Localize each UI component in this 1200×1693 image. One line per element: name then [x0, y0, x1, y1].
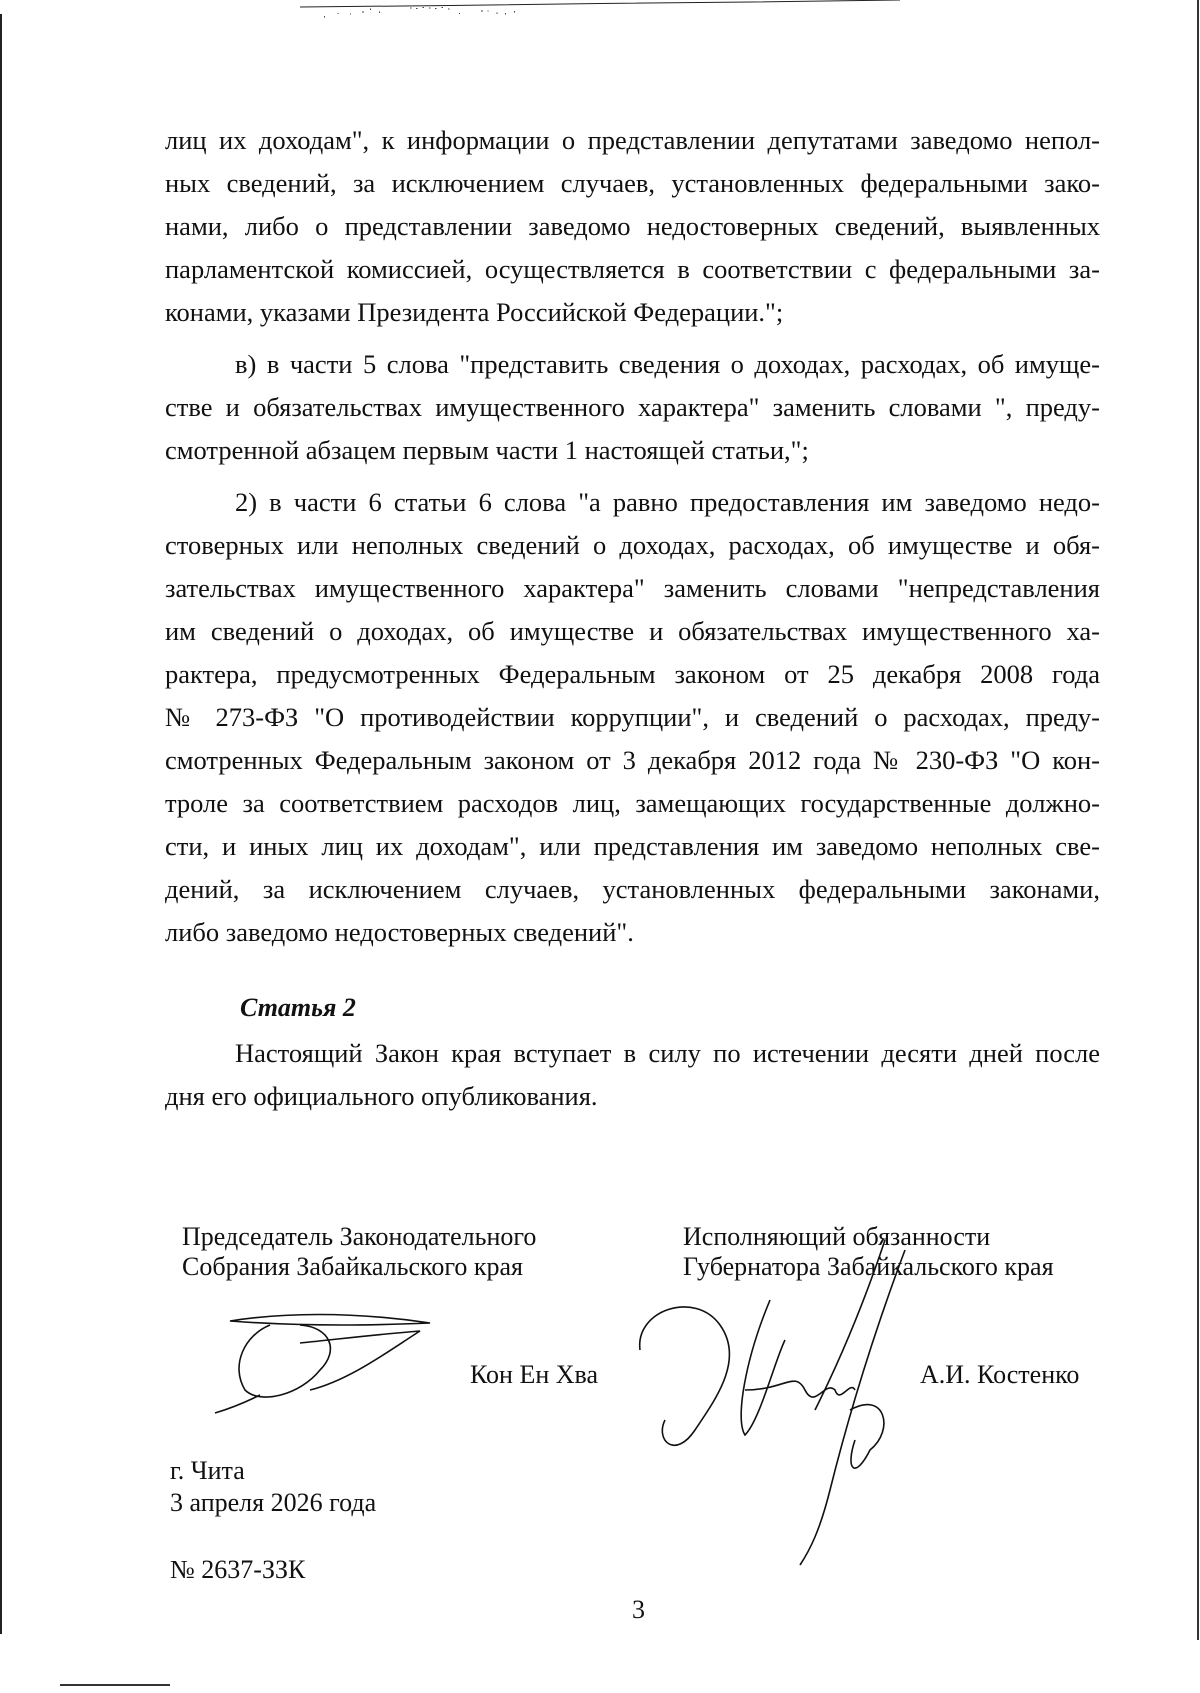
right-signature-icon [635, 1240, 945, 1570]
body-line: лиц их доходам", к информации о представ… [165, 125, 1100, 155]
body-line: сти, и иных лиц их доходам", или предста… [165, 831, 1100, 861]
body-line: в) в части 5 слова "представить сведения… [235, 349, 1100, 379]
scan-top-edge [0, 0, 1200, 20]
body-line: смотренных Федеральным законом от 3 дека… [165, 745, 1100, 775]
law-number: № 2637-ЗЗК [170, 1555, 305, 1585]
left-signatory-position-1: Председатель Законодательного [182, 1222, 536, 1252]
body-line: смотренной абзацем первым части 1 настоя… [165, 435, 1100, 465]
date: 3 апреля 2026 года [170, 1488, 376, 1518]
scan-bottom-line [60, 1684, 170, 1686]
scan-border-right [1197, 0, 1199, 1640]
body-line: нами, либо о представлении заведомо недо… [165, 211, 1100, 241]
body-line: 2) в части 6 статьи 6 слова "а равно пре… [235, 487, 1100, 517]
body-line: рактера, предусмотренных Федеральным зак… [165, 659, 1100, 689]
left-signatory-name: Кон Ен Хва [470, 1360, 598, 1390]
scan-border-left [0, 14, 2, 1634]
article-2-title: Статья 2 [240, 993, 356, 1023]
body-line: ных сведений, за исключением случаев, ус… [165, 168, 1100, 198]
body-line: стве и обязательствах имущественного хар… [165, 392, 1100, 422]
body-line: зательствах имущественного характера" за… [165, 573, 1100, 603]
document-page: лиц их доходам", к информации о представ… [0, 0, 1200, 1693]
body-line: № 273-ФЗ "О противодействии коррупции", … [165, 702, 1100, 732]
page-number: 3 [632, 1595, 645, 1625]
body-line: стоверных или неполных сведений о дохода… [165, 530, 1100, 560]
article-2-line: Настоящий Закон края вступает в силу по … [235, 1038, 1100, 1068]
city: г. Чита [170, 1456, 245, 1486]
body-line: им сведений о доходах, об имуществе и об… [165, 616, 1100, 646]
body-line: либо заведомо недостоверных сведений". [165, 917, 1100, 947]
article-2-line: дня его официального опубликования. [165, 1081, 1100, 1111]
body-line: дений, за исключением случаев, установле… [165, 874, 1100, 904]
left-signatory-position-2: Собрания Забайкальского края [182, 1252, 523, 1282]
body-line: конами, указами Президента Российской Фе… [165, 297, 1100, 327]
body-line: парламентской комиссией, осуществляется … [165, 254, 1100, 284]
body-line: троле за соответствием расходов лиц, зам… [165, 788, 1100, 818]
left-signature-icon [200, 1305, 440, 1415]
